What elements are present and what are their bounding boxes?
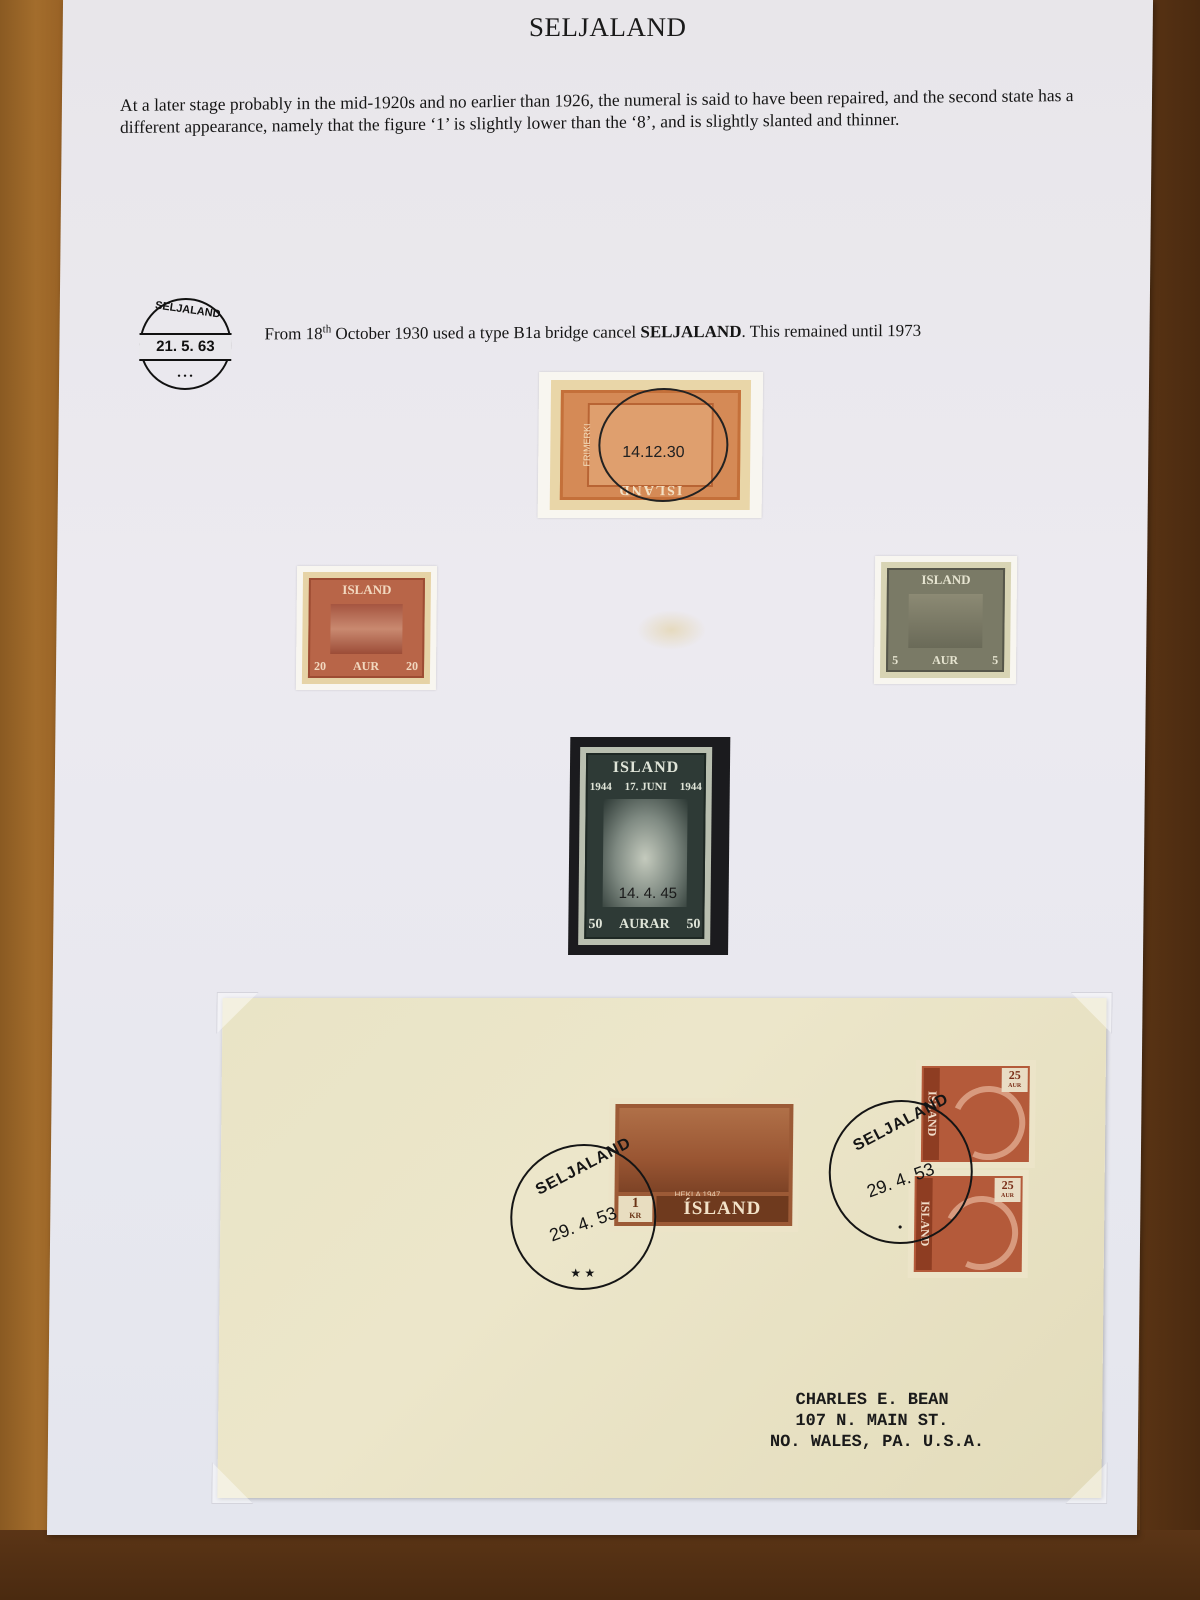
stamp-year-left: 1944 xyxy=(590,781,612,793)
stamp-value-left: 20 xyxy=(314,659,326,674)
stamp-republic: ISLAND 1944 17. JUNI 1944 50 AURAR 50 14… xyxy=(568,737,730,955)
address-line: 107 N. MAIN ST. xyxy=(770,1411,948,1432)
album-page: SELJALAND At a later stage probably in t… xyxy=(47,0,1153,1535)
postmark-illustration: SELJALAND 21. 5. 63 • • • xyxy=(139,298,232,390)
stamp-country: ISLAND xyxy=(588,759,704,777)
wood-table-bottom xyxy=(0,1530,1200,1600)
stamp-scene xyxy=(908,594,983,648)
postmark-stars: • xyxy=(830,1220,970,1234)
stamp-date: 17. JUNI xyxy=(625,781,667,793)
waterfall-image xyxy=(330,604,403,654)
photo-corner xyxy=(1070,992,1112,1034)
postmark-town: SELJALAND xyxy=(151,299,224,321)
cancel-date: 14.12.30 xyxy=(622,444,684,462)
page-title: SELJALAND xyxy=(63,12,1153,43)
stamp-value-left: 5 xyxy=(892,653,898,668)
stamp-value-right: 5 xyxy=(992,653,998,668)
postmark-stars: ★ ★ xyxy=(512,1266,654,1280)
cover-postmark: SELJALAND 29. 4. 53 • xyxy=(828,1100,974,1244)
stamp-value: 25AUR xyxy=(1002,1068,1028,1092)
postal-cover: HEKLA 1947 1KR ÍSLAND ISLAND 25AUR ISLAN… xyxy=(217,998,1106,1498)
cancel-note-prefix: From 18 xyxy=(264,324,322,343)
intro-paragraph: At a later stage probably in the mid-192… xyxy=(120,84,1120,138)
cancel-note-sup: th xyxy=(323,323,332,335)
stamp-value: 25AUR xyxy=(994,1178,1020,1202)
stamp-currency: AURAR xyxy=(619,917,670,933)
stamp-value-left: 50 xyxy=(588,917,602,933)
stamp-value-right: 20 xyxy=(406,659,418,674)
stamp-year-right: 1944 xyxy=(680,781,702,793)
photo-corner xyxy=(216,992,258,1034)
recipient-address: CHARLES E. BEAN 107 N. MAIN ST. NO. WALE… xyxy=(770,1390,985,1453)
cover-postmark: SELJALAND 29. 4. 53 ★ ★ xyxy=(510,1144,658,1290)
stamp-country: ÍSLAND xyxy=(656,1196,788,1222)
cancel-note-suffix: . This remained until 1973 xyxy=(741,321,921,341)
photo-corner xyxy=(1065,1462,1107,1504)
address-line: CHARLES E. BEAN xyxy=(770,1390,948,1411)
stamp-grey: ISLAND 5 AUR 5 xyxy=(874,556,1017,684)
stamp-currency: AUR xyxy=(353,659,379,674)
stamp-value-right: 50 xyxy=(686,917,700,933)
postmark-stars: • • • xyxy=(141,371,229,382)
address-line: NO. WALES, PA. U.S.A. xyxy=(770,1432,984,1453)
postmark-date: 21. 5. 63 xyxy=(139,333,231,361)
photo-corner xyxy=(211,1462,253,1504)
paper-stain xyxy=(636,610,706,650)
stamp-country: ISLAND xyxy=(311,582,423,598)
stamp-waterfall: ISLAND 20 AUR 20 xyxy=(296,566,437,690)
cancel-note-middle: October 1930 used a type B1a bridge canc… xyxy=(331,322,640,343)
stamp-currency: AUR xyxy=(932,653,958,668)
stamp-side-label: FRIMERKI xyxy=(582,423,592,466)
cancel-date: 14. 4. 45 xyxy=(619,885,678,902)
cancel-note: From 18th October 1930 used a type B1a b… xyxy=(264,320,921,344)
stamp-parliament: FRIMERKI ISLAND 14.12.30 xyxy=(538,372,764,518)
stamp-country: ISLAND xyxy=(889,572,1003,588)
cancel-note-bold: SELJALAND xyxy=(640,322,741,342)
